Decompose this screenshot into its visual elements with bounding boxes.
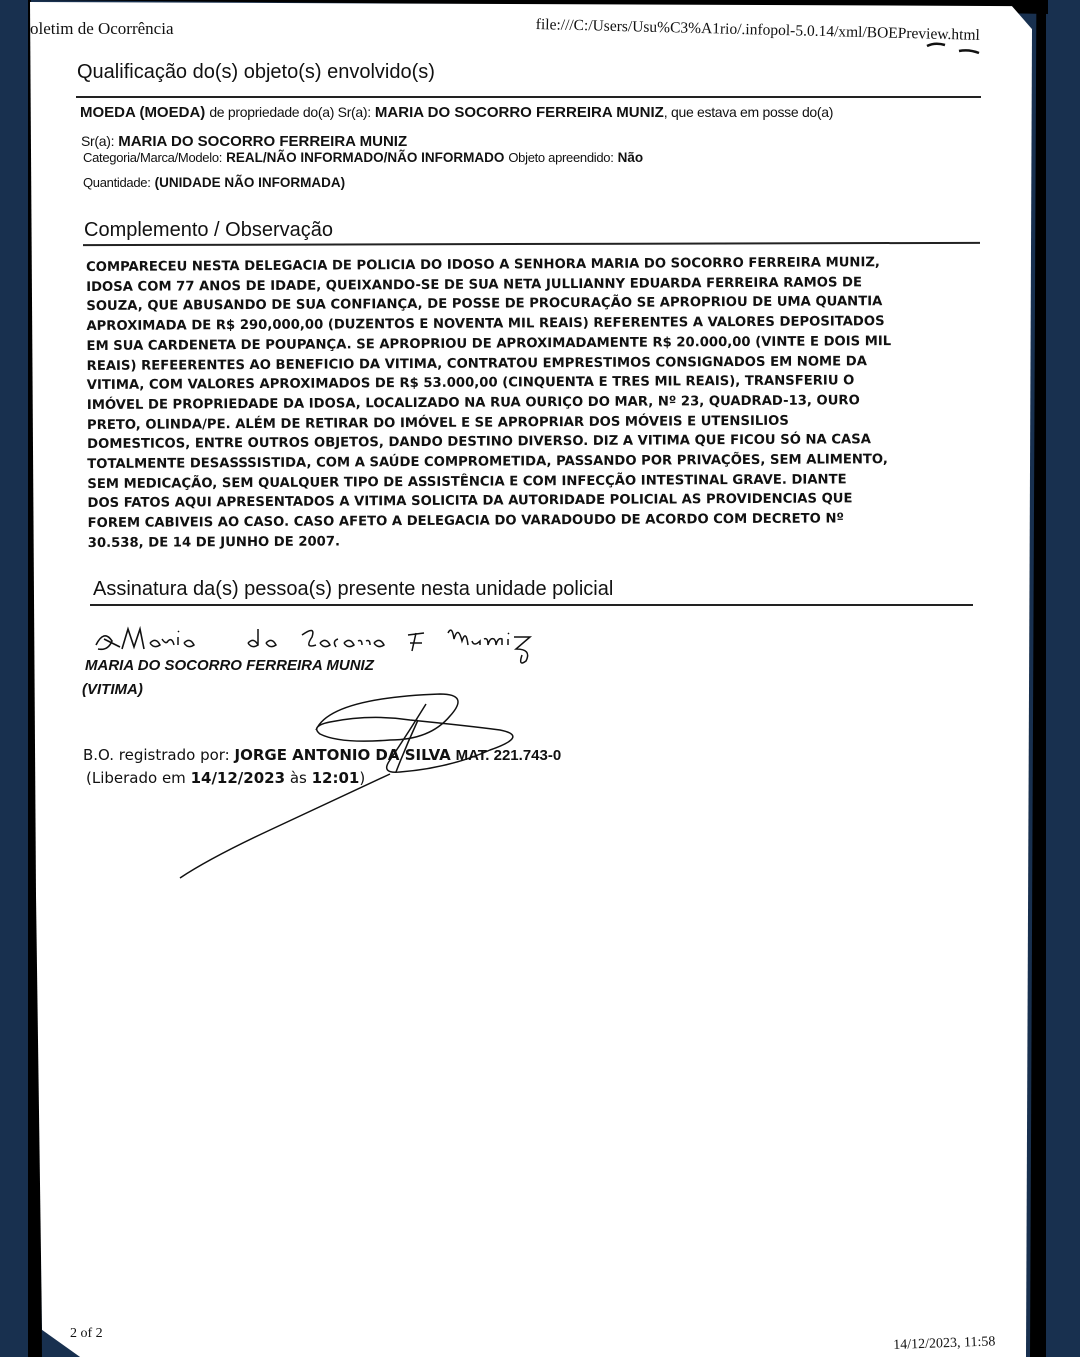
registered-by-name: JORGE ANTONIO DA SILVA [235,746,451,764]
seized-value: Não [618,150,644,165]
registered-by-line: B.O. registrado por: JORGE ANTONIO DA SI… [83,746,561,764]
released-prefix: (Liberado em [86,769,186,787]
category-label: Categoria/Marca/Modelo: [83,150,222,165]
registered-by-label: B.O. registrado por: [83,746,230,764]
objects-section-title: Qualificação do(s) objeto(s) envolvido(s… [77,61,435,84]
released-at-label: às [290,769,307,787]
category-value: REAL/NÃO INFORMADO/NÃO INFORMADO [226,150,504,165]
registration-number: MAT. 221.743-0 [456,747,562,764]
signer-name: MARIA DO SOCORRO FERREIRA MUNIZ [85,657,374,674]
signature-section-title: Assinatura da(s) pessoa(s) presente nest… [93,578,613,601]
quantity-value: (UNIDADE NÃO INFORMADA) [155,175,345,190]
quantity-label: Quantidade: [83,175,151,190]
object-name: MOEDA (MOEDA) [80,104,205,121]
scan-edge-right [1030,0,1046,1357]
page-indicator: 2 of 2 [70,1326,103,1342]
observation-text: COMPARECEU NESTA DELEGACIA DE POLICIA DO… [86,253,988,554]
released-date: 14/12/2023 [191,769,285,787]
document-header-title: oletim de Ocorrência [30,19,174,39]
released-line: (Liberado em 14/12/2023 às 12:01) [86,769,365,787]
owner-name: MARIA DO SOCORRO FERREIRA MUNIZ [375,104,664,121]
scanned-document-page [30,2,1032,1357]
object-description-line: MOEDA (MOEDA) de propriedade do(a) Sr(a)… [80,104,833,121]
possessor-name: MARIA DO SOCORRO FERREIRA MUNIZ [118,133,407,150]
possessor-line: Sr(a): MARIA DO SOCORRO FERREIRA MUNIZ [81,133,407,150]
objects-section-divider [76,96,981,98]
signature-section-divider [90,604,973,606]
observation-section-title: Complemento / Observação [84,219,333,242]
possessor-label: Sr(a): [81,133,114,149]
owner-label: de propriedade do(a) Sr(a): [209,104,371,120]
pen-mark-icon [925,40,985,60]
seized-label: Objeto apreendido: [508,150,613,165]
quantity-line: Quantidade: (UNIDADE NÃO INFORMADA) [83,175,345,191]
released-suffix: ) [359,769,365,787]
released-time: 12:01 [312,769,360,787]
category-line: Categoria/Marca/Modelo: REAL/NÃO INFORMA… [83,150,643,166]
signer-role: (VITIMA) [82,681,143,698]
possession-label: , que estava em posse do(a) [664,104,833,120]
handwritten-signature-officer [170,690,530,890]
